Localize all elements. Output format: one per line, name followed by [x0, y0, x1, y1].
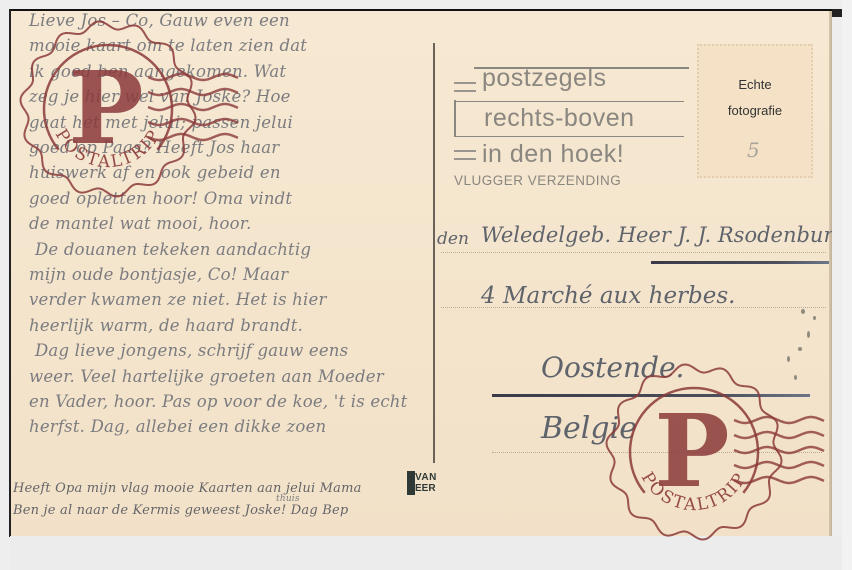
address-prefix: den: [437, 229, 469, 249]
message-line: herfst. Dag, allebei een dikke zoen: [29, 417, 326, 436]
postaltrip-watermark: PPOSTALTRIP: [606, 360, 836, 565]
message-extra-line: Heeft Opa mijn vlag mooie Kaarten aan je…: [13, 481, 362, 496]
message-inserted-word: thuis: [276, 494, 300, 504]
message-line: weer. Veel hartelijke groeten aan Moeder: [29, 367, 384, 386]
message-extra-line: Ben je al naar de Kermis geweest Joske! …: [13, 503, 348, 518]
cancel-wave-mark: [454, 82, 476, 84]
postaltrip-watermark: PPOSTALTRIP: [20, 17, 250, 222]
address-dotted-line: [441, 307, 826, 308]
cancel-line-4: VLUGGER VERZENDING: [454, 173, 621, 188]
stamp-placement-box: Echte fotografie 5: [697, 44, 813, 178]
paper-speck: [801, 309, 805, 314]
publisher-logo-bottom: EER: [415, 483, 436, 494]
scan-border-corner: [832, 9, 842, 17]
scan-background-right: [842, 0, 852, 570]
cancel-line-2: rechts-boven: [454, 101, 684, 137]
paper-speck: [798, 347, 802, 351]
address-line-2: 4 Marché aux herbes.: [481, 283, 736, 309]
cancel-wave-mark: [454, 150, 476, 152]
paper-speck: [813, 316, 816, 320]
stamp-box-label-2: fotografie: [699, 103, 811, 118]
message-line: heerlijk warm, de haard brandt.: [29, 316, 303, 335]
address-line-1: Weledelgeb. Heer J. J. Rsodenburg: [481, 223, 832, 247]
pencil-mark: 5: [747, 138, 760, 162]
publisher-logo-top: VAN: [415, 472, 437, 483]
publisher-logo: VAN EER: [407, 471, 443, 495]
cancel-line-3: in den hoek!: [482, 140, 624, 169]
stamp-box-label-1: Echte: [699, 77, 811, 92]
message-line: Dag lieve jongens, schrijf gauw eens: [35, 341, 348, 360]
cancel-wave-mark: [454, 158, 476, 160]
paper-speck: [807, 331, 810, 338]
cancel-wave-mark: [454, 90, 476, 92]
message-line: verder kwamen ze niet. Het is hier: [29, 290, 327, 309]
postcard-divider-line: [433, 43, 435, 463]
message-line: De douanen tekeken aandachtig: [35, 240, 311, 259]
postaltrip-stamp-icon: PPOSTALTRIP: [20, 17, 250, 217]
publisher-logo-block: [407, 471, 415, 495]
message-line: mijn oude bontjasje, Co! Maar: [29, 265, 288, 284]
address-underline: [651, 261, 829, 264]
message-line: en Vader, hoor. Pas op voor de koe, 't i…: [29, 392, 407, 411]
postaltrip-stamp-icon: PPOSTALTRIP: [606, 360, 836, 560]
address-dotted-line: [441, 252, 826, 253]
cancel-line-1: postzegels: [482, 64, 607, 93]
